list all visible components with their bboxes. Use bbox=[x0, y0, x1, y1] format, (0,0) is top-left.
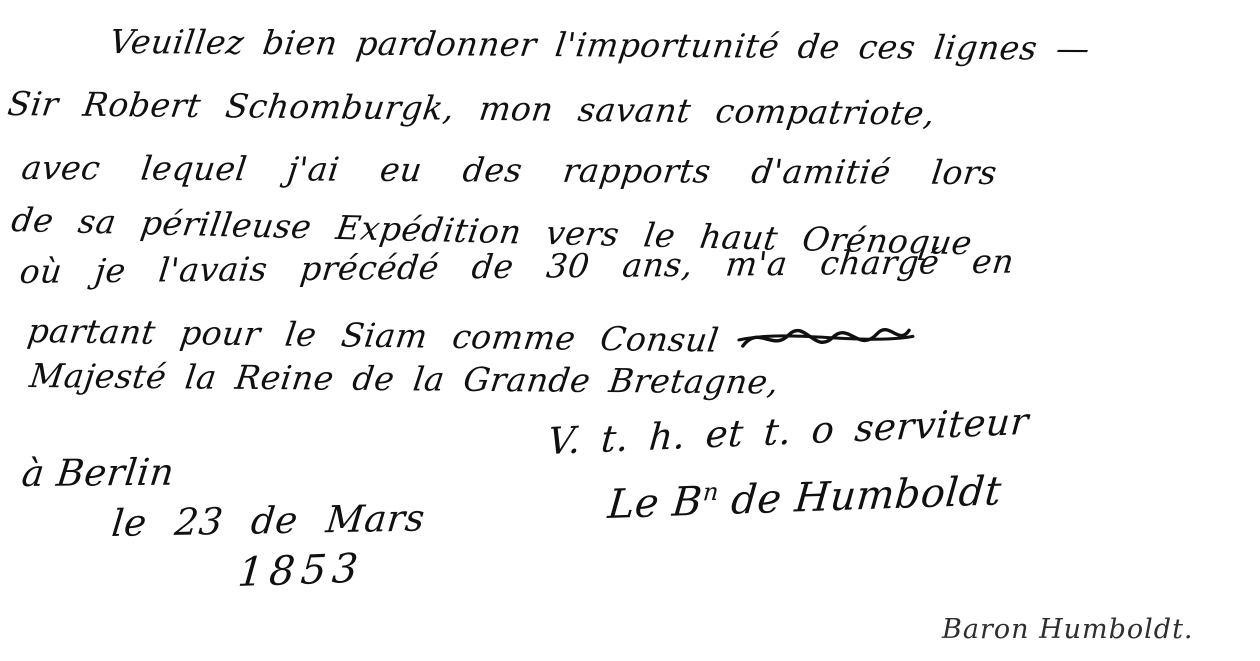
letter-line: Veuillez bien pardonner l'importunité de… bbox=[110, 22, 1090, 68]
closing-valediction-text: V. t. h. et t. o serviteur bbox=[546, 400, 1030, 463]
letter-line: Majesté la Reine de la Grande Bretagne, bbox=[30, 356, 779, 402]
dateline-date: le 23 de Mars bbox=[112, 497, 425, 545]
signature-prefix: Le B bbox=[606, 479, 704, 528]
dateline-year-text: 1853 bbox=[236, 546, 366, 597]
letter-line-text: Sir Robert Schomburgk, mon savant compat… bbox=[5, 84, 937, 133]
closing-valediction: V. t. h. et t. o serviteur bbox=[547, 400, 1029, 463]
dateline-place: à Berlin bbox=[22, 451, 174, 495]
crossed-out-word bbox=[736, 316, 917, 363]
letter-line: partant pour le Siam comme Consul bbox=[28, 306, 917, 362]
letter-scan: Veuillez bien pardonner l'importunité de… bbox=[0, 0, 1260, 661]
letter-line: Sir Robert Schomburgk, mon savant compat… bbox=[8, 84, 935, 133]
letter-line-text: partant pour le Siam comme Consul bbox=[25, 311, 721, 360]
letter-line-text: Majesté la Reine de la Grande Bretagne, bbox=[27, 356, 781, 401]
printed-caption: Baron Humboldt. bbox=[942, 614, 1194, 645]
dateline-year: 1853 bbox=[237, 546, 364, 596]
letter-line-text: Veuillez bien pardonner l'importunité de… bbox=[107, 22, 1092, 68]
letter-line: avec lequel j'ai eu des rapports d'amiti… bbox=[22, 148, 997, 192]
signature: Le Bn de Humboldt bbox=[607, 468, 1002, 528]
dateline-date-text: le 23 de Mars bbox=[110, 496, 427, 545]
letter-line-text: avec lequel j'ai eu des rapports d'amiti… bbox=[20, 148, 1000, 192]
signature-rest: de Humboldt bbox=[716, 468, 1003, 524]
letter-line-text: où je l'avais précédé de 30 ans, m'a cha… bbox=[18, 242, 1016, 291]
dateline-place-text: à Berlin bbox=[20, 451, 177, 495]
letter-line: où je l'avais précédé de 30 ans, m'a cha… bbox=[20, 242, 1015, 291]
signature-text: Le Bn de Humboldt bbox=[606, 468, 1004, 528]
